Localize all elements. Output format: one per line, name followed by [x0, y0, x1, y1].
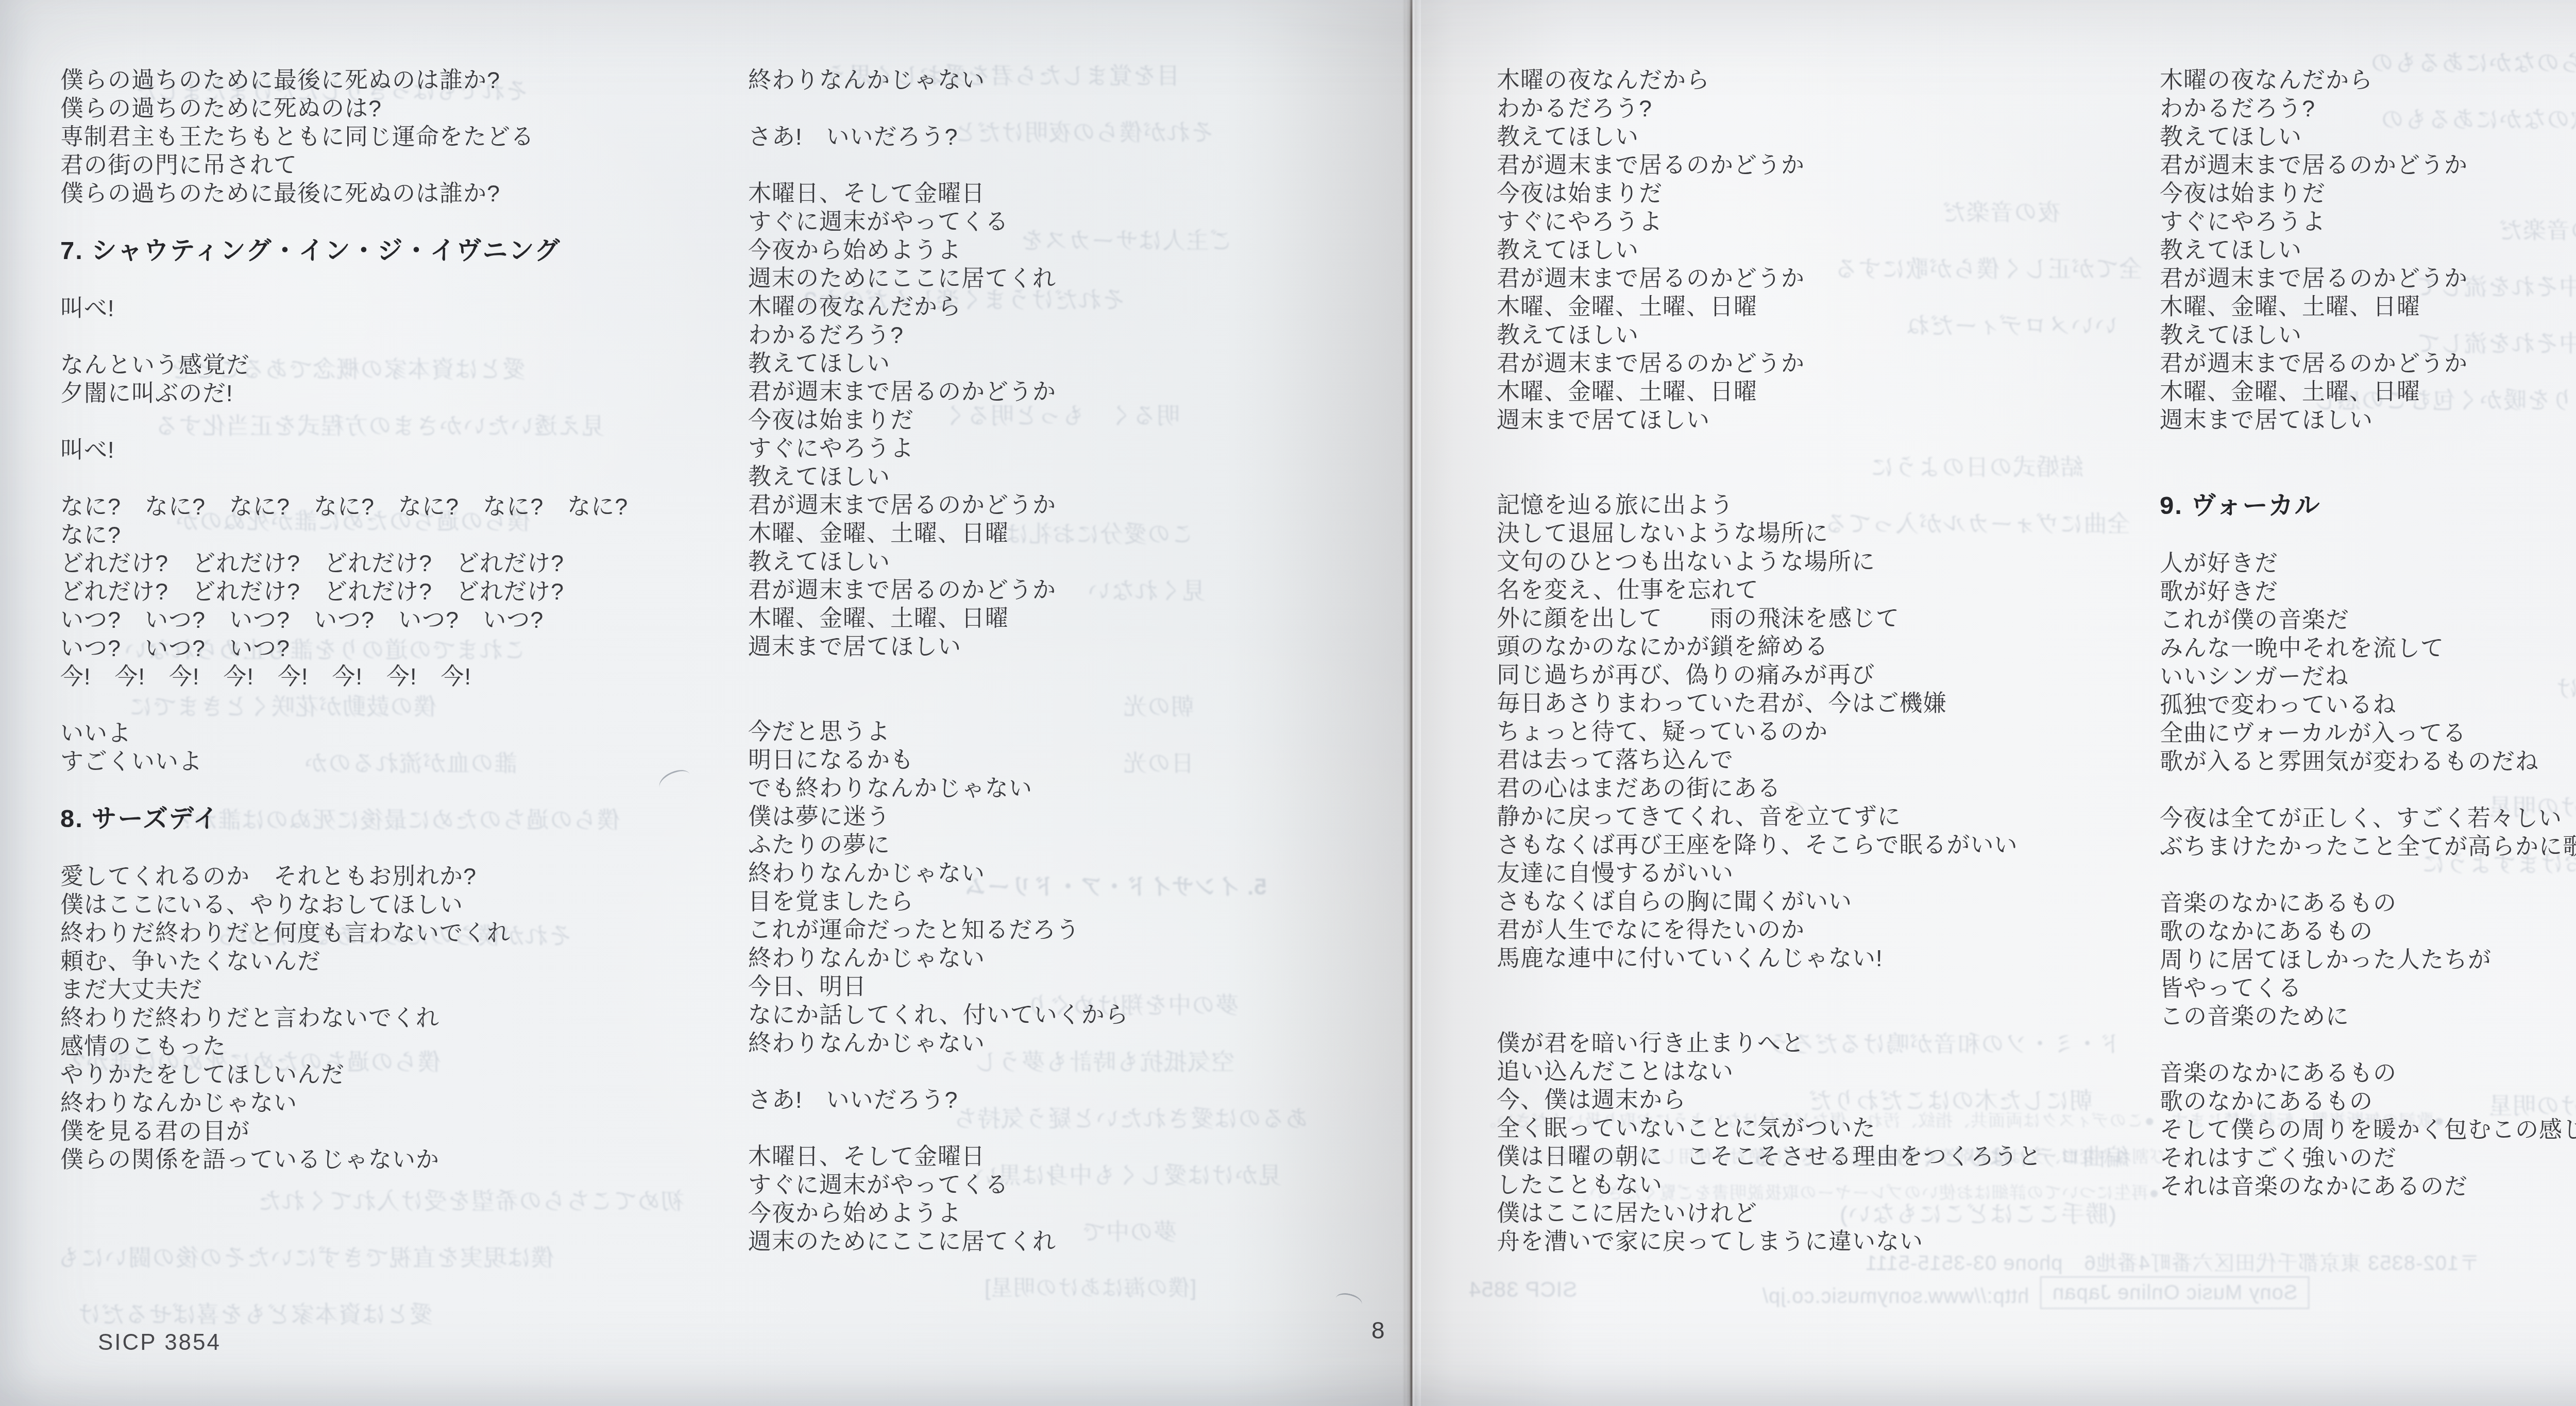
lyric-line: 僕らの過ちのために死ぬのは? [60, 94, 756, 123]
lyric-line: 週末まで居てほしい [748, 632, 1315, 661]
lyric-stanza: 僕らの過ちのために最後に死ぬのは誰か?僕らの過ちのために死ぬのは?専制君主も王た… [60, 66, 756, 208]
lyric-stanza: 今夜は全てが正しく、すごく若々しいぶちまけたかったこと全てが高らかに歌になる [2160, 804, 2576, 861]
lyric-line: 感情のこもった [60, 1032, 756, 1060]
lyric-line: 夕闇に叫ぶのだ! [60, 379, 756, 407]
lyric-line: 終わりだ終わりだと何度も言わないでくれ [60, 919, 756, 947]
lyric-line: ふたりの夢に [748, 831, 1315, 859]
lyric-line: やりかたをしてほしいんだ [60, 1060, 756, 1089]
lyric-line: すぐにやろうよ [2160, 208, 2576, 236]
lyric-stanza: 今だと思うよ明日になるかもでも終わりなんかじゃない僕は夢に迷うふたりの夢に終わり… [748, 717, 1315, 1057]
lyric-line: 全曲にヴォーカルが入ってる [2160, 719, 2576, 747]
lyric-line: 舟を漕いで家に戻ってしまうに違いない [1497, 1227, 2295, 1256]
lyric-line: すぐにやろうよ [748, 434, 1315, 462]
lyric-line: さあ! いいだろう? [748, 123, 1315, 151]
lyric-line: 今日、明日 [748, 972, 1315, 1001]
lyric-line: これが運命だったと知るだろう [748, 916, 1315, 944]
lyric-line: 叫べ! [60, 436, 756, 464]
lyric-line: 歌のなかにあるもの [2160, 1087, 2576, 1116]
lyric-line: 僕は夢に迷う [748, 802, 1315, 831]
lyric-line: 今夜は全てが正しく、すごく若々しい [2160, 804, 2576, 832]
lyrics-column-1: 僕らの過ちのために最後に死ぬのは誰か?僕らの過ちのために死ぬのは?専制君主も王た… [60, 66, 756, 1174]
lyric-stanza: 愛してくれるのか それともお別れか?僕はここにいる、やりなおしてほしい終わりだ終… [60, 862, 756, 1174]
lyric-stanza: 叫べ! [60, 294, 756, 322]
lyric-line: いつ? いつ? いつ? [60, 634, 756, 662]
lyric-stanza: 木曜日、そして金曜日すぐに週末がやってくる今夜から始めようよ週末のためにここに居… [748, 1142, 1315, 1256]
lyric-line: 今夜は始まりだ [748, 406, 1315, 434]
showthrough-text: http://www.sonymusic.co.jp/ [1762, 1283, 2029, 1309]
lyric-line: 木曜の夜なんだから [2160, 66, 2576, 94]
lyric-stanza: 音楽のなかにあるもの歌のなかにあるものそして僕らの周りを暖かく包むこの感じそれは… [2160, 1059, 2576, 1201]
lyric-line: すぐに週末がやってくる [748, 1171, 1315, 1199]
track-title: 9. ヴォーカル [2160, 491, 2576, 521]
lyric-stanza: 叫べ! [60, 436, 756, 464]
lyric-line: 叫べ! [60, 294, 756, 322]
lyric-line: 皆やってくる [2160, 974, 2576, 1002]
lyric-stanza: なんという感覚だ夕闇に叫ぶのだ! [60, 351, 756, 407]
lyric-line: 教えてほしい [748, 547, 1315, 576]
lyric-line: 教えてほしい [748, 349, 1315, 378]
lyric-line: 僕を見る君の目が [60, 1117, 756, 1145]
lyric-line: 君が週末まで居るのかどうか [2160, 151, 2576, 179]
lyric-line: そして僕らの周りを暖かく包むこの感じ [2160, 1116, 2576, 1144]
lyric-line: 終わりだ終わりだと言わないでくれ [60, 1004, 756, 1032]
lyric-line: 今夜から始めようよ [748, 1199, 1315, 1227]
lyric-line: 教えてほしい [2160, 321, 2576, 349]
lyric-line: 教えてほしい [2160, 236, 2576, 264]
lyric-line: 君が週末まで居るのかどうか [748, 576, 1315, 604]
lyric-line: 木曜、金曜、土曜、日曜 [748, 604, 1315, 632]
lyric-line: 週末のためにここに居てくれ [748, 1227, 1315, 1256]
track-title: 7. シャウティング・イン・ジ・イヴニング [60, 236, 756, 266]
lyric-line: 周りに居てほしかった人たちが [2160, 946, 2576, 974]
lyric-line: 木曜、金曜、土曜、日曜 [2160, 378, 2576, 406]
lyric-line: 今夜から始めようよ [748, 236, 1315, 264]
lyric-line: 教えてほしい [2160, 123, 2576, 151]
lyric-line: なにか話してくれ、付いていくから [748, 1001, 1315, 1029]
lyric-stanza: 木曜日、そして金曜日すぐに週末がやってくる今夜から始めようよ週末のためにここに居… [748, 179, 1315, 661]
catalog-number: SICP 3854 [98, 1330, 221, 1356]
lyric-line: 僕らの関係を語っているじゃないか [60, 1145, 756, 1174]
lyric-line: いいよ [60, 719, 756, 747]
lyric-line: わかるだろう? [748, 321, 1315, 349]
showthrough-text: 初めてこちらの希望を受け入れてくれた [258, 1187, 684, 1216]
lyric-line: なに? なに? なに? なに? なに? なに? なに? [60, 492, 756, 521]
lyric-stanza: 人が好きだ歌が好きだこれが僕の音楽だみんな一晩中それを流していいシンガーだね孤独… [2160, 549, 2576, 776]
lyric-line: なんという感覚だ [60, 351, 756, 379]
lyric-line: 人が好きだ [2160, 549, 2576, 577]
lyric-line: どれだけ? どれだけ? どれだけ? どれだけ? [60, 549, 756, 577]
lyric-line: 君の街の門に吊されて [60, 151, 756, 179]
lyric-stanza: なに? なに? なに? なに? なに? なに? なに?なに?どれだけ? どれだけ… [60, 492, 756, 691]
lyric-line: 終わりなんかじゃない [60, 1089, 756, 1117]
lyric-line: 僕はここに居たいけれど [1497, 1199, 2295, 1227]
lyric-line: 愛してくれるのか それともお別れか? [60, 862, 756, 890]
showthrough-text: Sony Music Online Japan [2040, 1276, 2310, 1309]
booklet-page-left: 僕らの過ちのために最後に死ぬのは誰か?僕らの過ちのために死ぬのは?専制君主も王た… [0, 0, 1412, 1406]
lyric-line: これが僕の音楽だ [2160, 606, 2576, 634]
lyric-line: すぐに週末がやってくる [748, 208, 1315, 236]
lyric-line: 木曜、金曜、土曜、日曜 [2160, 293, 2576, 321]
showthrough-text: 愛とは資本家どもを喜ばせるだけ [77, 1300, 433, 1329]
lyric-stanza: 音楽のなかにあるもの歌のなかにあるもの周りに居てほしかった人たちが皆やってくるこ… [2160, 889, 2576, 1031]
lyric-line: 終わりなんかじゃない [748, 859, 1315, 887]
lyric-line: いつ? いつ? いつ? いつ? いつ? いつ? [60, 606, 756, 634]
showthrough-text: SICP 3854 [1468, 1276, 1577, 1304]
lyric-line: 木曜日、そして金曜日 [748, 179, 1315, 208]
lyric-line: 君が週末まで居るのかどうか [748, 491, 1315, 519]
lyric-line: 目を覚ましたら [748, 887, 1315, 916]
lyric-stanza: 終わりなんかじゃない [748, 66, 1315, 94]
lyric-line: 木曜、金曜、土曜、日曜 [748, 519, 1315, 547]
showthrough-text: [僕の海はあけの明星] [984, 1275, 1196, 1302]
lyric-line: 君が週末まで居るのかどうか [2160, 264, 2576, 293]
lyric-line: みんな一晩中それを流して [2160, 634, 2576, 662]
lyrics-column-4: 木曜の夜なんだからわかるだろう?教えてほしい君が週末まで居るのかどうか今夜は始ま… [2160, 66, 2576, 1201]
lyric-stanza: 木曜の夜なんだからわかるだろう?教えてほしい君が週末まで居るのかどうか今夜は始ま… [2160, 66, 2576, 434]
lyric-line: 専制君主も王たちもともに同じ運命をたどる [60, 123, 756, 151]
lyric-line: 歌が入ると雰囲気が変わるものだね [2160, 747, 2576, 776]
lyric-line: 今だと思うよ [748, 717, 1315, 746]
lyric-line: 歌のなかにあるもの [2160, 917, 2576, 946]
lyric-stanza: さあ! いいだろう? [748, 1086, 1315, 1114]
lyric-line: 僕らの過ちのために最後に死ぬのは誰か? [60, 66, 756, 94]
lyric-line: 音楽のなかにあるもの [2160, 1059, 2576, 1087]
lyric-line: いいシンガーだね [2160, 662, 2576, 691]
showthrough-text: 僕は現実を直視できずにいたその後の闘いにも [57, 1244, 554, 1273]
lyric-line: わかるだろう? [2160, 94, 2576, 123]
lyric-line: どれだけ? どれだけ? どれだけ? どれだけ? [60, 577, 756, 606]
lyric-line: 頼む、争いたくないんだ [60, 947, 756, 975]
lyric-line: ぶちまけたかったこと全てが高らかに歌になる [2160, 832, 2576, 861]
track-title: 8. サーズデイ [60, 804, 756, 834]
lyric-line: まだ大丈夫だ [60, 975, 756, 1004]
lyric-line: 木曜の夜なんだから [748, 293, 1315, 321]
lyric-line: 教えてほしい [748, 462, 1315, 491]
page-number: 8 [1371, 1316, 1385, 1344]
lyric-line: 今夜は始まりだ [2160, 179, 2576, 208]
lyric-line: 終わりなんかじゃない [748, 66, 1315, 94]
booklet-page-right: 木曜の夜なんだからわかるだろう?教えてほしい君が週末まで居るのかどうか今夜は始ま… [1412, 0, 2576, 1406]
lyric-line: 週末まで居てほしい [2160, 406, 2576, 434]
lyric-line: この音楽のために [2160, 1002, 2576, 1031]
lyric-line: 孤独で変わっているね [2160, 691, 2576, 719]
track-heading: 7. シャウティング・イン・ジ・イヴニング [60, 236, 756, 266]
lyric-line: すごくいいよ [60, 747, 756, 776]
lyric-line: なに? [60, 521, 756, 549]
lyric-line: 週末のためにここに居てくれ [748, 264, 1315, 293]
lyrics-column-2: 終わりなんかじゃないさあ! いいだろう?木曜日、そして金曜日すぐに週末がやってく… [748, 66, 1315, 1256]
lyric-line: 君が週末まで居るのかどうか [2160, 349, 2576, 378]
track-heading: 8. サーズデイ [60, 804, 756, 834]
lyric-line: それはすごく強いのだ [2160, 1144, 2576, 1172]
lyric-line: 木曜日、そして金曜日 [748, 1142, 1315, 1171]
track-heading: 9. ヴォーカル [2160, 491, 2576, 521]
lyric-line: 僕らの過ちのために最後に死ぬのは誰か? [60, 179, 756, 208]
lyric-line: でも終わりなんかじゃない [748, 774, 1315, 802]
lyric-stanza: さあ! いいだろう? [748, 123, 1315, 151]
lyric-line: 終わりなんかじゃない [748, 1029, 1315, 1057]
lyric-line: それは音楽のなかにあるのだ [2160, 1172, 2576, 1201]
lyric-line: 君が週末まで居るのかどうか [748, 378, 1315, 406]
lyric-line: 歌が好きだ [2160, 577, 2576, 606]
lyric-line: 音楽のなかにあるもの [2160, 889, 2576, 917]
booklet-scan: { "meta": { "catalog_number": "SICP 3854… [0, 0, 2576, 1406]
lyric-line: 僕はここにいる、やりなおしてほしい [60, 890, 756, 919]
lyric-line: 明日になるかも [748, 746, 1315, 774]
lyric-line: 終わりなんかじゃない [748, 944, 1315, 972]
lyric-line: 今! 今! 今! 今! 今! 今! 今! 今! [60, 662, 756, 691]
lyric-line: さあ! いいだろう? [748, 1086, 1315, 1114]
lyric-stanza: いいよすごくいいよ [60, 719, 756, 776]
